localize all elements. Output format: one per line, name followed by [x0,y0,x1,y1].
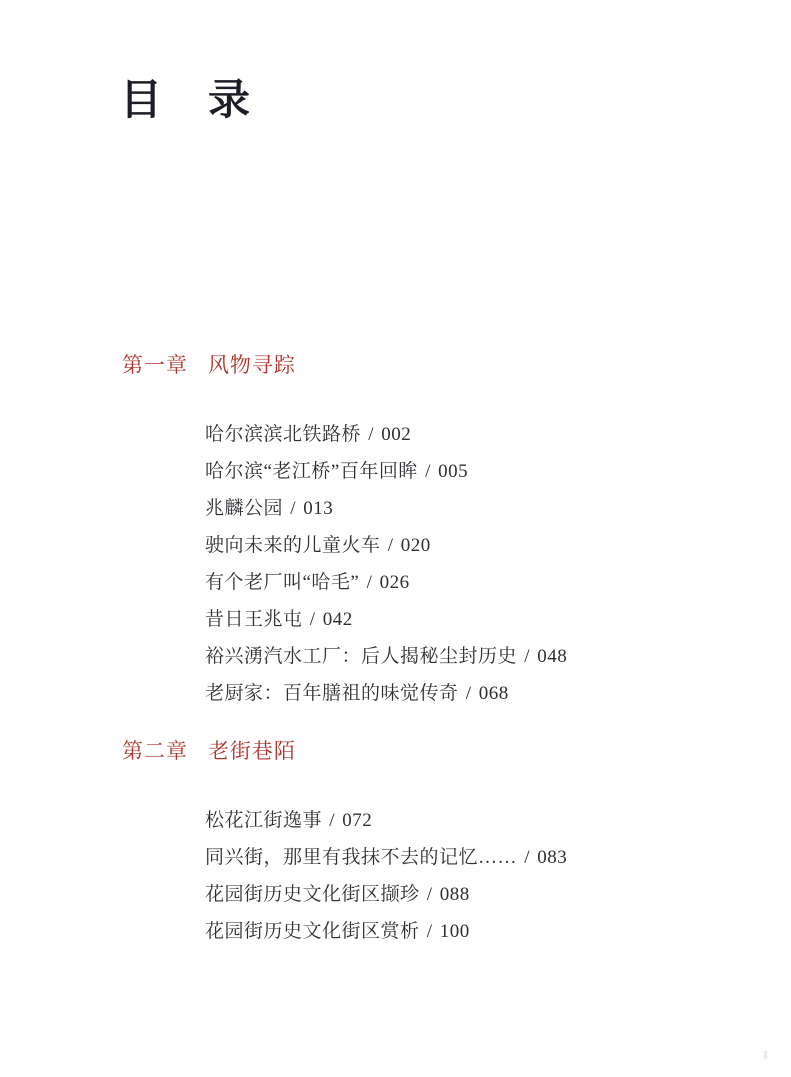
entry-page-number: 026 [380,572,410,593]
entry-title: 兆麟公园 [205,498,283,519]
entry-title: 哈尔滨滨北铁路桥 [205,424,361,445]
entry-separator: / [290,498,296,519]
toc-entry: 兆麟公园/013 [205,490,731,527]
entry-page-number: 013 [303,498,333,519]
toc-entry: 哈尔滨“老江桥”百年回眸/005 [205,453,731,490]
chapter-title: 风物寻踪 [208,353,296,377]
entry-title: 哈尔滨“老江桥”百年回眸 [205,461,418,482]
entry-separator: / [427,921,433,942]
entry-title: 有个老厂叫“哈毛” [205,572,359,593]
entry-page-number: 100 [440,921,470,942]
toc-entry: 松花江街逸事/072 [205,802,731,839]
entry-separator: / [427,884,433,905]
entry-separator: / [310,609,316,630]
toc-entry: 老厨家：百年膳祖的味觉传奇/068 [205,675,731,712]
entry-page-number: 042 [323,609,353,630]
chapter-label: 第一章 [122,353,188,377]
entry-separator: / [368,424,374,445]
entry-title: 花园街历史文化街区撷珍 [205,884,420,905]
scan-artifact [764,1051,767,1059]
entry-page-number: 005 [438,461,468,482]
toc-entry: 花园街历史文化街区撷珍/088 [205,876,731,913]
toc-entry: 花园街历史文化街区赏析/100 [205,913,731,950]
toc-page: 目 录 第一章风物寻踪 哈尔滨滨北铁路桥/002 哈尔滨“老江桥”百年回眸/00… [0,0,791,1077]
entry-page-number: 088 [440,884,470,905]
chapter-1-entry-list: 哈尔滨滨北铁路桥/002 哈尔滨“老江桥”百年回眸/005 兆麟公园/013 驶… [205,416,731,712]
entry-title: 老厨家：百年膳祖的味觉传奇 [205,683,459,704]
chapter-heading-2: 第二章老街巷陌 [122,738,731,764]
chapter-section-2: 第二章老街巷陌 松花江街逸事/072 同兴街，那里有我抹不去的记忆……/083 … [122,738,731,950]
toc-entry: 昔日王兆屯/042 [205,601,731,638]
entry-title: 松花江街逸事 [205,810,322,831]
toc-entry: 同兴街，那里有我抹不去的记忆……/083 [205,839,731,876]
entry-page-number: 083 [537,847,567,868]
entry-separator: / [367,572,373,593]
entry-separator: / [524,847,530,868]
entry-separator: / [466,683,472,704]
entry-title: 昔日王兆屯 [205,609,303,630]
entry-page-number: 002 [381,424,411,445]
entry-title: 驶向未来的儿童火车 [205,535,381,556]
entry-page-number: 072 [342,810,372,831]
chapter-2-entry-list: 松花江街逸事/072 同兴街，那里有我抹不去的记忆……/083 花园街历史文化街… [205,802,731,950]
chapter-title: 老街巷陌 [208,739,296,763]
page-title: 目 录 [120,78,731,124]
chapter-section-1: 第一章风物寻踪 哈尔滨滨北铁路桥/002 哈尔滨“老江桥”百年回眸/005 兆麟… [122,352,731,712]
entry-separator: / [425,461,431,482]
entry-separator: / [524,646,530,667]
toc-entry: 有个老厂叫“哈毛”/026 [205,564,731,601]
entry-title: 同兴街，那里有我抹不去的记忆…… [205,847,517,868]
entry-page-number: 048 [537,646,567,667]
entry-title: 裕兴湧汽水工厂：后人揭秘尘封历史 [205,646,517,667]
entry-page-number: 068 [479,683,509,704]
chapter-label: 第二章 [122,739,188,763]
entry-title: 花园街历史文化街区赏析 [205,921,420,942]
toc-entry: 哈尔滨滨北铁路桥/002 [205,416,731,453]
entry-separator: / [329,810,335,831]
toc-entry: 驶向未来的儿童火车/020 [205,527,731,564]
entry-separator: / [388,535,394,556]
entry-page-number: 020 [401,535,431,556]
toc-entry: 裕兴湧汽水工厂：后人揭秘尘封历史/048 [205,638,731,675]
chapter-heading-1: 第一章风物寻踪 [122,352,731,378]
